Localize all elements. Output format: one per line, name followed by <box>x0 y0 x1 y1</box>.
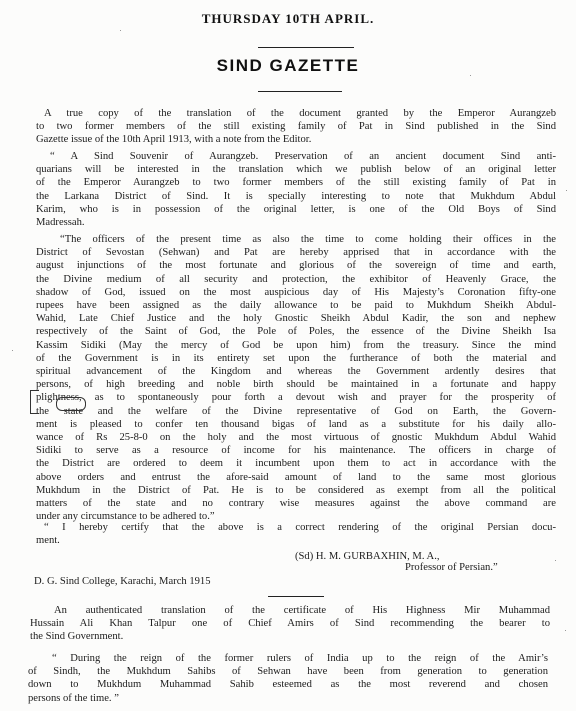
intro-paragraph: A true copy of the translation of the do… <box>36 107 556 147</box>
text-line: of the Emperor Aurangzeb to two former m… <box>36 176 556 189</box>
scan-speck <box>555 560 556 561</box>
text-line: of the Government is in its entirety set… <box>36 352 556 365</box>
text-line: the Divine medium of all security and pr… <box>36 273 556 286</box>
text-line: An authenticated translation of the cert… <box>30 604 550 617</box>
text-line: Wahid, Late Chief Justice and the holy G… <box>36 312 556 325</box>
text-line: the Larkana District of Sind. It is spec… <box>36 190 556 203</box>
text-line: down to Mukhdum Muhammad Sahib esteemed … <box>28 678 548 691</box>
dateline: THURSDAY 10TH APRIL. <box>0 11 576 27</box>
signature: (Sd) H. M. GURBAXHIN, M. A., <box>295 551 440 562</box>
text-line: Hussain Ali Khan Talpur one of Chief Ami… <box>30 617 550 630</box>
text-line: spiritual advancement of the Kingdom and… <box>36 365 556 378</box>
divider <box>258 47 354 48</box>
divider <box>258 91 342 92</box>
text-line: persons of the time. ” <box>28 692 548 705</box>
certificate-text-paragraph: “ During the reign of the former rulers … <box>28 652 548 705</box>
certificate-intro-paragraph: An authenticated translation of the cert… <box>30 604 550 644</box>
scan-speck <box>120 30 121 31</box>
text-line: “The officers of the present time as als… <box>36 233 556 246</box>
scan-speck <box>566 190 567 191</box>
text-line: above orders and entrust the afore-said … <box>36 471 556 484</box>
gazette-page: THURSDAY 10TH APRIL. SIND GAZETTE A true… <box>0 0 576 711</box>
text-line: “ During the reign of the former rulers … <box>28 652 548 665</box>
text-line: shadow of God, issued on the most auspic… <box>36 286 556 299</box>
text-line: “ I hereby certify that the above is a c… <box>36 521 556 534</box>
divider <box>268 596 324 597</box>
text-line: respectively of the Saint of God, the Po… <box>36 325 556 338</box>
scan-speck <box>565 630 566 631</box>
text-line: quarians will be interested in the trans… <box>36 163 556 176</box>
certification-paragraph: “ I hereby certify that the above is a c… <box>36 521 556 547</box>
text-line: “ A Sind Souvenir of Aurangzeb. Preserva… <box>36 150 556 163</box>
text-line: of Sindh, the Mukhdum Sahibs of Sehwan h… <box>28 665 548 678</box>
text-line: the Sind Government. <box>30 630 550 643</box>
text-line: wance of Rs 25-8-0 on the holy and the m… <box>36 431 556 444</box>
text-line: rupees have been assigned as the daily a… <box>36 299 556 312</box>
text-line: A true copy of the translation of the do… <box>36 107 556 120</box>
text-line: District of Sevostan (Sehwan) and Pat ar… <box>36 246 556 259</box>
text-line: Mukhdum in the District of Pat. He is to… <box>36 484 556 497</box>
editor-note-paragraph: “ A Sind Souvenir of Aurangzeb. Preserva… <box>36 150 556 229</box>
text-line: matters of the state and no contrary wis… <box>36 497 556 510</box>
text-line: to two former members of the still exist… <box>36 120 556 133</box>
text-line: ment is pleased to confer ten thousand b… <box>36 418 556 431</box>
masthead: SIND GAZETTE <box>0 56 576 76</box>
text-line: Gazette issue of the 10th April 1913, wi… <box>36 133 556 146</box>
text-line: Sidiki to serve as a resource of income … <box>36 444 556 457</box>
text-line: Madressah. <box>36 216 556 229</box>
place-and-date: D. G. Sind College, Karachi, March 1915 <box>34 576 211 587</box>
text-line: Karim, who is in possession of the origi… <box>36 203 556 216</box>
scan-speck <box>12 350 13 351</box>
decree-paragraph: “The officers of the present time as als… <box>36 233 556 523</box>
text-line: the state and the welfare of the Divine … <box>36 405 556 418</box>
text-line: ment. <box>36 534 556 547</box>
text-line: plightness, as to spontaneously pour for… <box>36 391 556 404</box>
text-line: persons, of high breeding and noble birt… <box>36 378 556 391</box>
text-line: Kassim Sidiki (May the mercy of God be u… <box>36 339 556 352</box>
scan-speck <box>470 75 471 76</box>
text-line: the District are ordered to deem it incu… <box>36 457 556 470</box>
signatory-title: Professor of Persian.” <box>405 562 498 573</box>
text-line: august injunctions of the most fortunate… <box>36 259 556 272</box>
